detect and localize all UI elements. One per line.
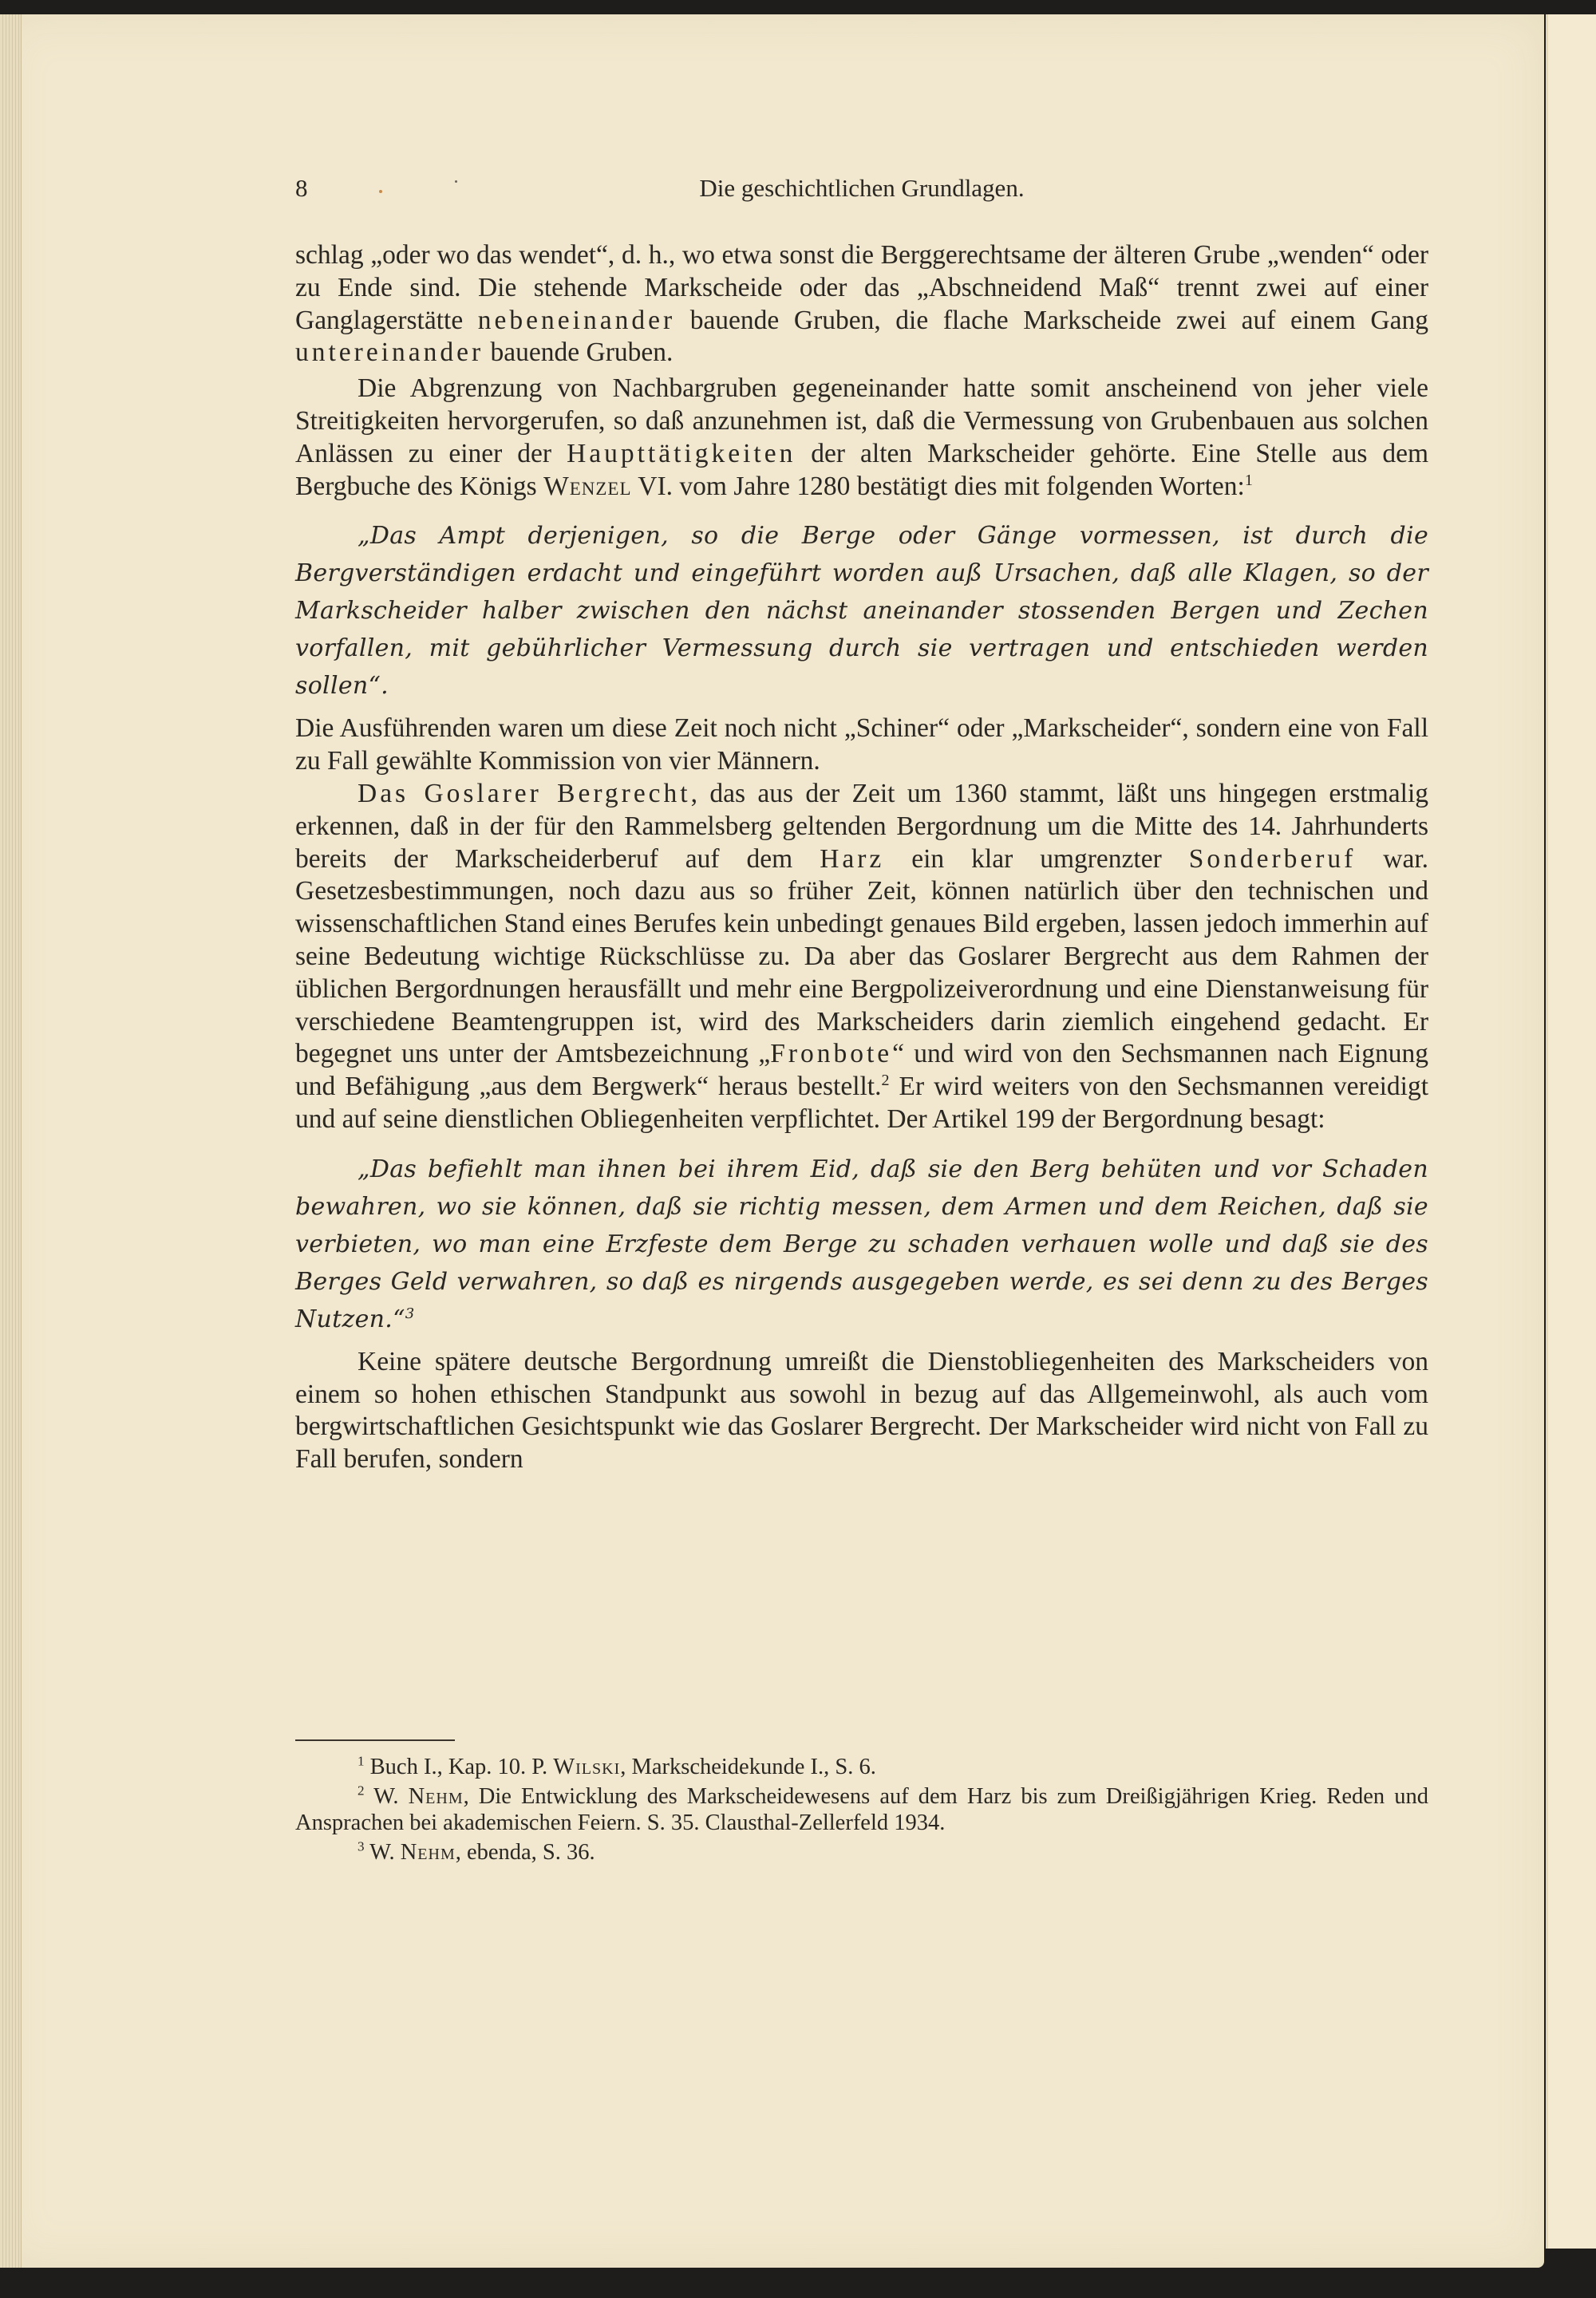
footnote-ref[interactable]: 3 xyxy=(405,1305,415,1322)
running-title: Die geschichtlichen Grundlagen. xyxy=(295,174,1428,203)
page-header: 8 Die geschichtlichen Grundlagen. xyxy=(295,174,1428,206)
footnote-1: 1 Buch I., Kap. 10. P. Wilski, Markschei… xyxy=(295,1754,1428,1780)
person-name: Wenzel xyxy=(543,472,631,501)
footnote-ref[interactable]: 1 xyxy=(1245,471,1253,488)
body-text: schlag „oder wo das wendet“, d. h., wo e… xyxy=(295,239,1428,1476)
footnote-2: 2 W. Nehm, Die Entwicklung des Markschei… xyxy=(295,1783,1428,1836)
paragraph: Die Ausführenden waren um diese Zeit noc… xyxy=(295,713,1428,778)
paragraph: Keine spätere deutsche Bergordnung umrei… xyxy=(295,1346,1428,1476)
paragraph: Das Goslarer Bergrecht, das aus der Zeit… xyxy=(295,778,1428,1136)
block-quote: „Das befiehlt man ihnen bei ihrem Eid, d… xyxy=(295,1151,1428,1338)
footnote-ref[interactable]: 2 xyxy=(882,1072,890,1089)
footnotes: 1 Buch I., Kap. 10. P. Wilski, Markschei… xyxy=(295,1754,1428,1869)
paragraph: schlag „oder wo das wendet“, d. h., wo e… xyxy=(295,239,1428,369)
footnote-3: 3 W. Nehm, ebenda, S. 36. xyxy=(295,1839,1428,1866)
adjacent-page-edge xyxy=(1546,14,1596,2249)
footnote-divider xyxy=(295,1739,455,1741)
block-quote: „Das Ampt derjenigen, so die Berge oder … xyxy=(295,517,1428,705)
page-stack-edge xyxy=(0,14,22,2268)
paragraph: Die Abgrenzung von Nachbargruben gegenei… xyxy=(295,373,1428,503)
